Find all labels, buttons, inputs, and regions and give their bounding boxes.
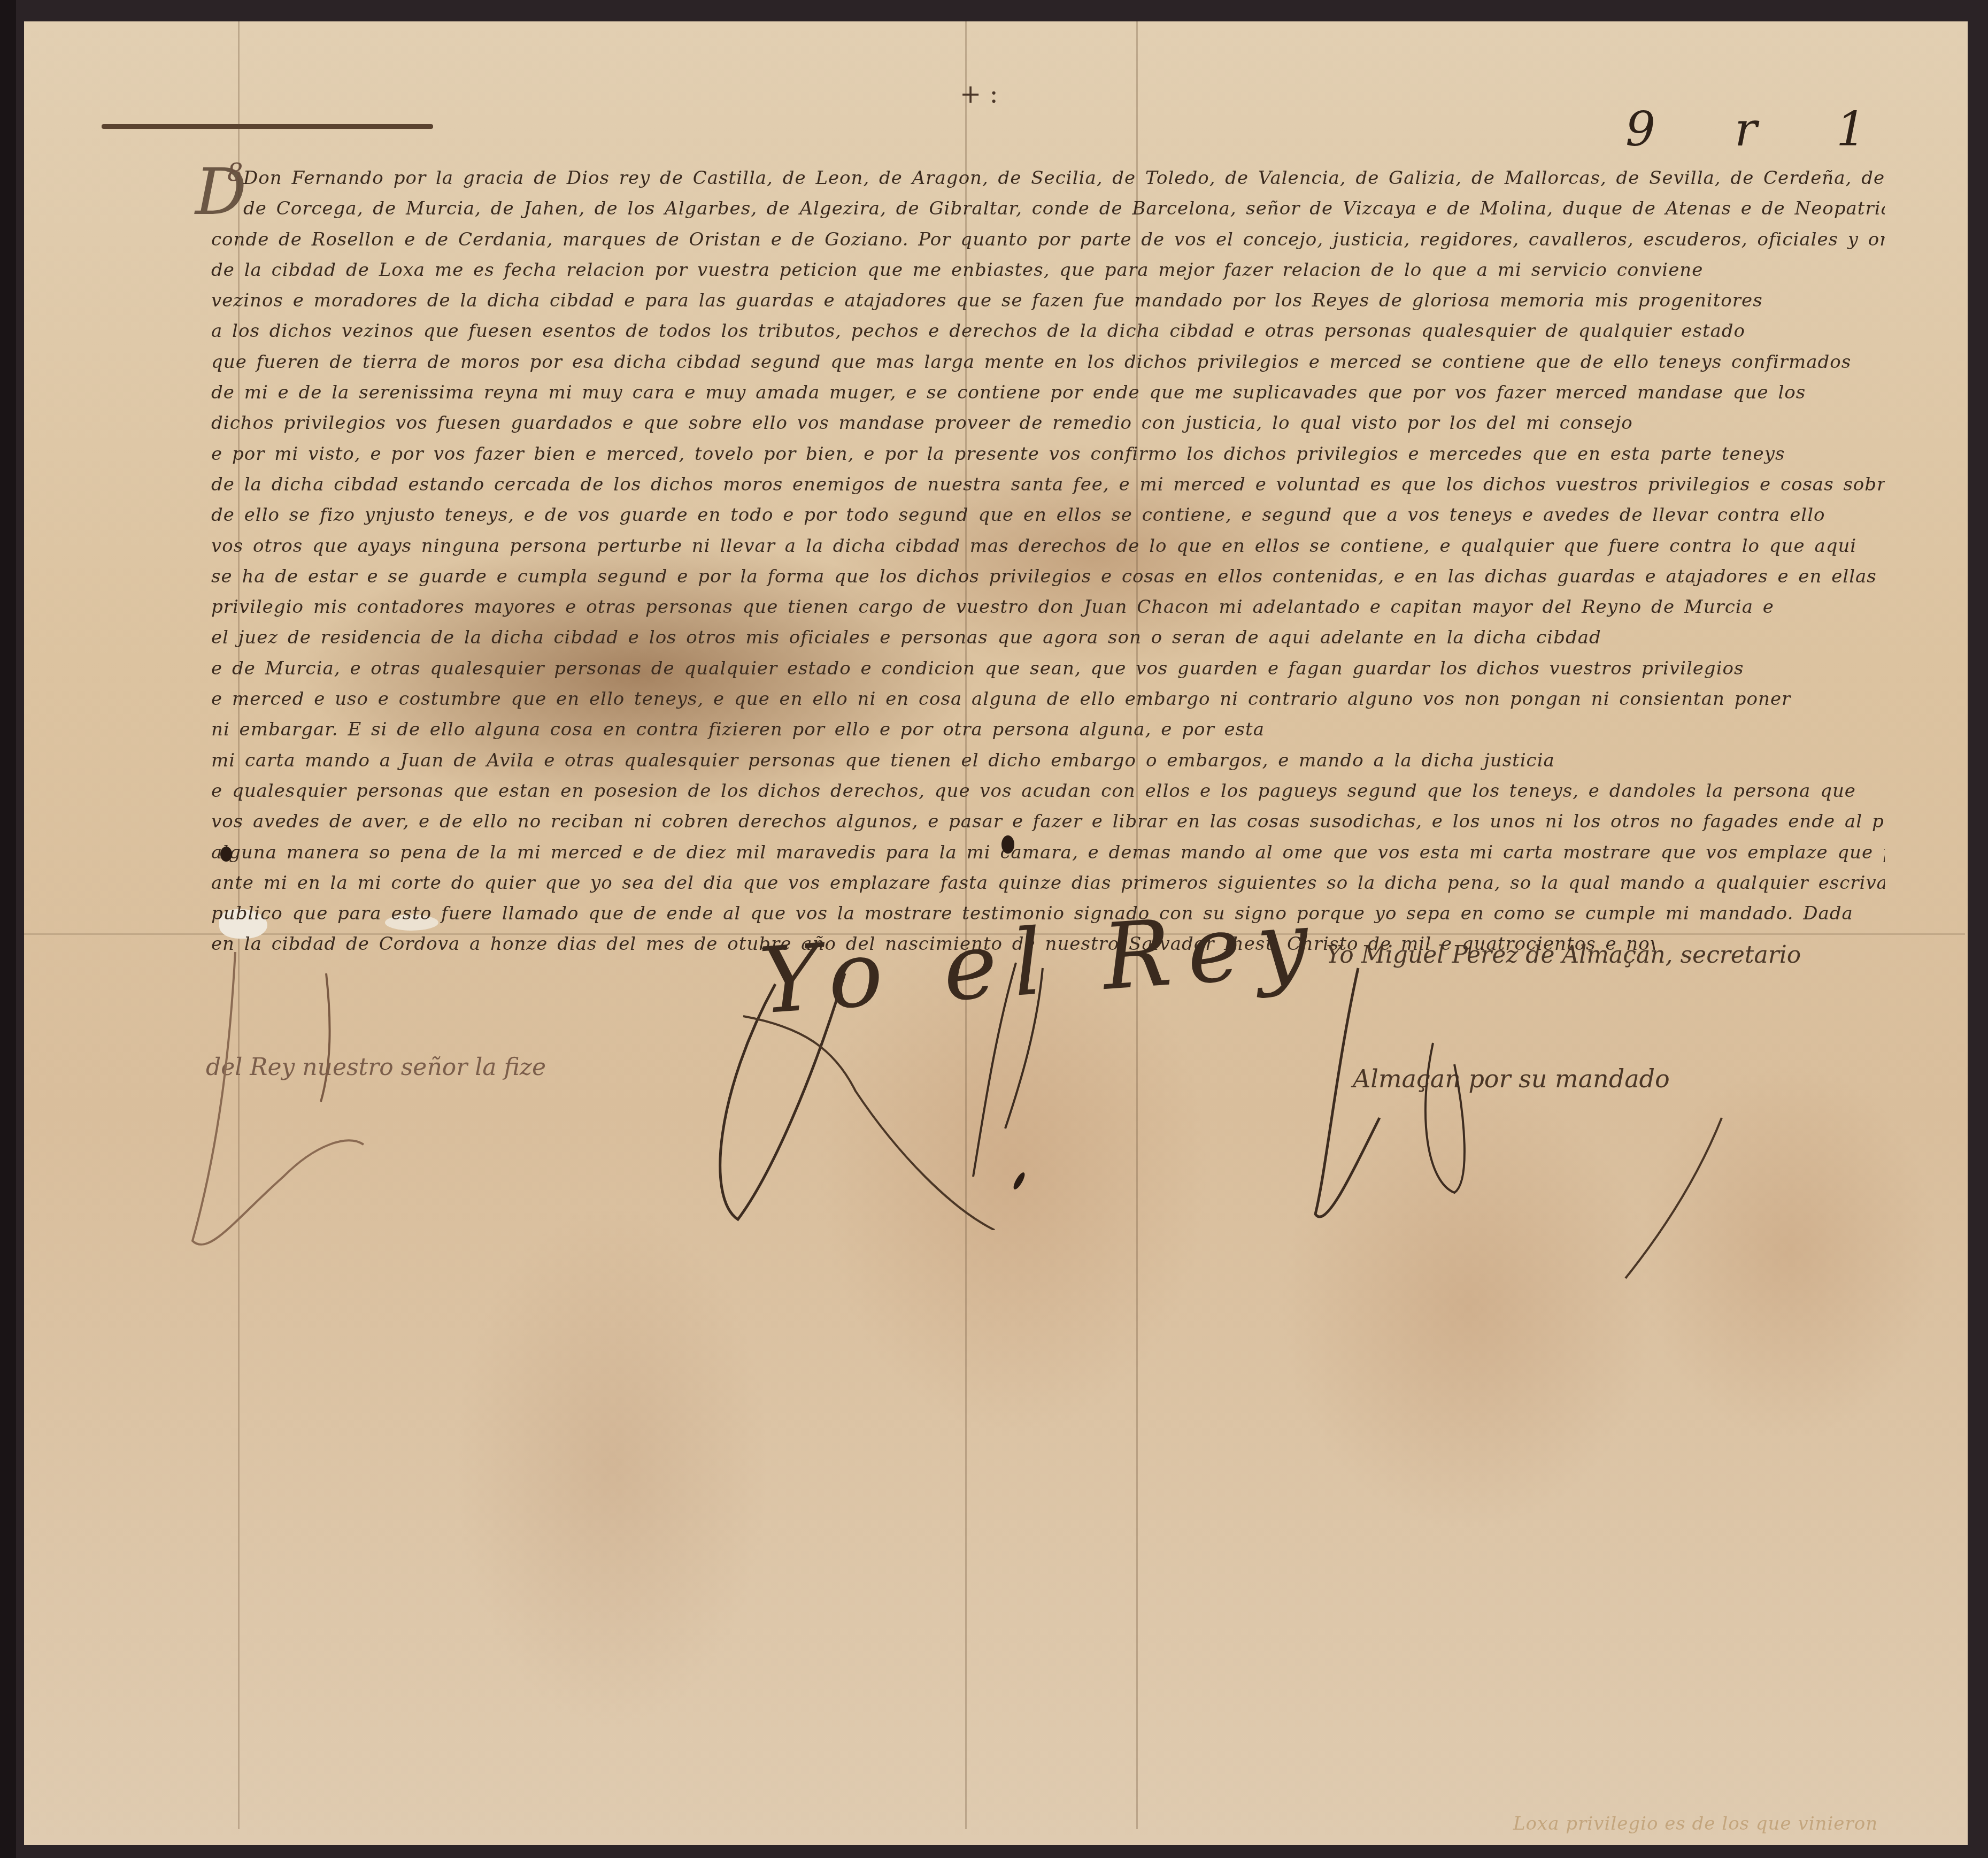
- text-line: alguna manera so pena de la mi merced e …: [211, 838, 1885, 868]
- text-line: vos avedes de aver, e de ello no reciban…: [211, 807, 1885, 837]
- text-line: dichos privilegios vos fuesen guardados …: [211, 408, 1885, 439]
- text-line: vezinos e moradores de la dicha cibdad e…: [211, 286, 1885, 316]
- left-rubrica-flourish: [176, 941, 417, 1273]
- archival-note: Loxa privilegio es de los que vinieron: [1513, 1813, 1878, 1834]
- text-line: de mi e de la serenissima reyna mi muy c…: [211, 378, 1885, 408]
- top-right-marks: 9 r 1: [1625, 102, 1898, 157]
- text-line: de Corcega, de Murcia, de Jahen, de los …: [211, 194, 1885, 224]
- text-line: e de Murcia, e otras qualesquier persona…: [211, 654, 1885, 684]
- ink-blot: [1001, 835, 1014, 854]
- top-center-mark: + :: [960, 79, 998, 109]
- text-line: e por mi visto, e por vos fazer bien e m…: [211, 439, 1885, 470]
- text-line: a los dichos vezinos que fuesen esentos …: [211, 316, 1885, 347]
- royal-signature-flourish: [695, 952, 1176, 1230]
- text-line: mi carta mando a Juan de Avila e otras q…: [211, 746, 1885, 776]
- text-line: vos otros que ayays ninguna persona pert…: [211, 531, 1885, 562]
- header-pen-stroke: [102, 124, 433, 129]
- text-line: privilegio mis contadores mayores e otra…: [211, 592, 1885, 623]
- text-line: e qualesquier personas que estan en pose…: [211, 776, 1885, 807]
- secretary-rubrica-flourish: [1294, 957, 1829, 1289]
- text-line: Don Fernando por la gracia de Dios rey d…: [211, 163, 1885, 194]
- text-line: de ello se fizo ynjusto teneys, e de vos…: [211, 500, 1885, 531]
- text-line: el juez de residencia de la dicha cibdad…: [211, 623, 1885, 653]
- text-line: ni embargar. E si de ello alguna cosa en…: [211, 715, 1885, 745]
- text-line: de la cibdad de Loxa me es fecha relacio…: [211, 255, 1885, 286]
- text-line: que fueren de tierra de moros por esa di…: [211, 347, 1885, 378]
- text-line: se ha de estar e se guarde e cumpla segu…: [211, 562, 1885, 592]
- text-line: de la dicha cibdad estando cercada de lo…: [211, 470, 1885, 500]
- text-line: ante mi en la mi corte do quier que yo s…: [211, 868, 1885, 899]
- text-line: conde de Rosellon e de Cerdania, marques…: [211, 225, 1885, 255]
- text-line: e merced e uso e costumbre que en ello t…: [211, 684, 1885, 715]
- ink-blot: [220, 847, 232, 862]
- letter-body: Don Fernando por la gracia de Dios rey d…: [211, 163, 1885, 960]
- scanner-frame-edge: [0, 0, 16, 1858]
